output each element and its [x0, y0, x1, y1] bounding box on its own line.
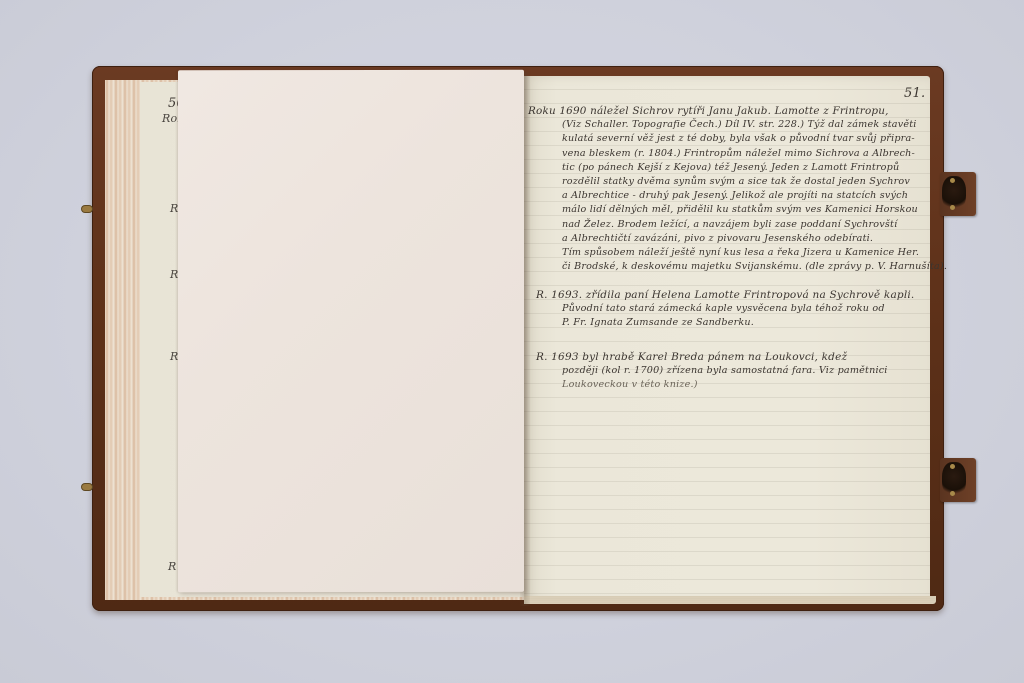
right-page-edges [524, 596, 936, 604]
entry-line: R. 1693. zřídila paní Helena Lamotte Fri… [536, 288, 914, 302]
entry-1693-breda: R. 1693 byl hrabě Karel Breda pánem na L… [536, 350, 888, 393]
rivet-icon [950, 178, 955, 183]
entry-line: Původní tato stará zámecká kaple vysvěce… [536, 302, 914, 316]
entry-line: (Viz Schaller. Topografie Čech.) Díl IV.… [528, 118, 947, 132]
entry-line: málo lidí dělných měl, přidělil ku statk… [528, 203, 947, 217]
entry-1693-chapel: R. 1693. zřídila paní Helena Lamotte Fri… [536, 288, 914, 331]
entry-line: kulatá severní věž jest z té doby, byla … [528, 132, 947, 146]
entry-line: R. 1693 byl hrabě Karel Breda pánem na L… [536, 350, 888, 364]
entry-line: rozdělil statky dvěma synům svým a sice … [528, 175, 947, 189]
entry-line: Roku 1690 náležel Sichrov rytíři Janu Ja… [528, 104, 947, 118]
entry-line: tic (po pánech Kejší z Kejova) též Jesen… [528, 161, 947, 175]
entry-line: později (kol r. 1700) zřízena byla samos… [536, 364, 888, 378]
entry-line: nad Želez. Brodem ležící, a navzájem byl… [528, 218, 947, 232]
right-page-number: 51. [904, 86, 925, 101]
hinge-pin-top [82, 206, 92, 212]
entry-line: Tím spůsobem náleží ještě nyní kus lesa … [528, 246, 947, 260]
entry-line: P. Fr. Ignata Zumsande ze Sandberku. [536, 316, 914, 330]
clasp-bottom [940, 458, 976, 502]
left-fragment: R [168, 560, 176, 573]
right-page: 51. Roku 1690 náležel Sichrov rytíři Jan… [524, 76, 930, 604]
hinge-pin-bottom [82, 484, 92, 490]
rivet-icon [950, 464, 955, 469]
rivet-icon [950, 205, 955, 210]
rivet-icon [950, 491, 955, 496]
entry-line: a Albrechtičtí zavázáni, pivo z pivovaru… [528, 232, 947, 246]
entry-line: Loukoveckou v této knize.) [536, 378, 888, 392]
entry-line: vena bleskem (r. 1804.) Frintropům nálež… [528, 147, 947, 161]
loose-blank-sheet[interactable] [178, 70, 524, 593]
entry-1690: Roku 1690 náležel Sichrov rytíři Janu Ja… [528, 104, 947, 274]
entry-line: či Brodské, k deskovému majetku Svijansk… [528, 260, 947, 274]
entry-line: a Albrechtice - druhý pak Jesený. Jeliko… [528, 189, 947, 203]
